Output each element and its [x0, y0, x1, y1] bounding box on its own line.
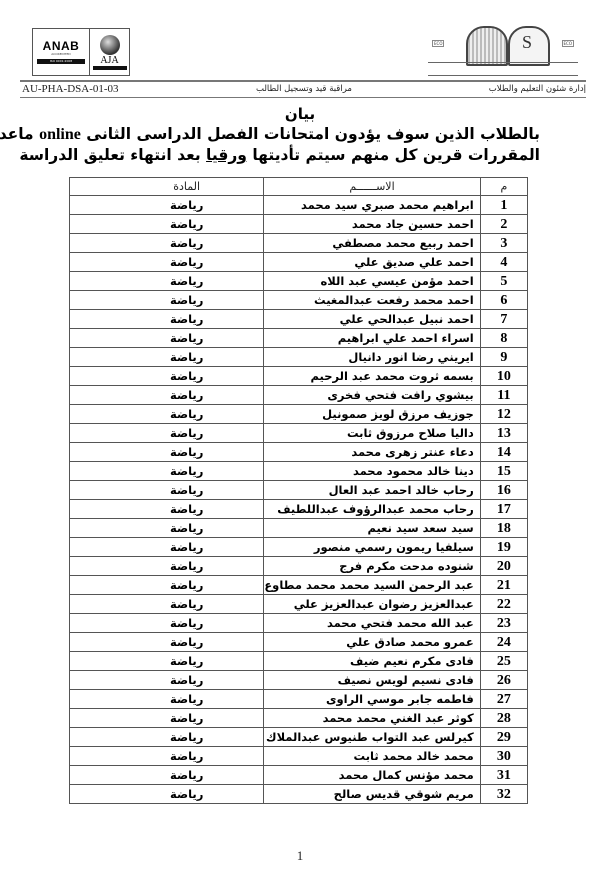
row-number: 10	[480, 367, 527, 386]
subject-name: رياضة	[70, 424, 264, 443]
student-name: كوثر عبد الغني محمد محمد	[264, 709, 480, 728]
subject-name: رياضة	[70, 253, 264, 272]
university-faculty-logo: ECO ECO	[428, 24, 578, 76]
title-heading: بيان	[60, 104, 540, 124]
table-row: 18سيد سعد سيد نعيمرياضة	[70, 519, 528, 538]
subject-name: رياضة	[70, 633, 264, 652]
table-row: 12جوزيف مرزق لويز صمونيلرياضة	[70, 405, 528, 424]
subject-name: رياضة	[70, 367, 264, 386]
row-number: 20	[480, 557, 527, 576]
table-row: 30محمد خالد محمد ثابترياضة	[70, 747, 528, 766]
student-name: عبد الله محمد فتحي محمد	[264, 614, 480, 633]
row-number: 27	[480, 690, 527, 709]
student-name: رحاب محمد عبدالرؤوف عبداللطيف	[264, 500, 480, 519]
student-name: ابراهيم محمد صبري سيد محمد	[264, 196, 480, 215]
student-name: بسمه ثروت محمد عبد الرحيم	[264, 367, 480, 386]
row-number: 24	[480, 633, 527, 652]
student-name: سيلفيا ريمون رسمي منصور	[264, 538, 480, 557]
student-name: داليا صلاح مرزوق ثابت	[264, 424, 480, 443]
table-row: 10بسمه ثروت محمد عبد الرحيمرياضة	[70, 367, 528, 386]
row-number: 28	[480, 709, 527, 728]
subject-name: رياضة	[70, 709, 264, 728]
row-number: 29	[480, 728, 527, 747]
table-row: 6احمد محمد رفعت عبدالمغيثرياضة	[70, 291, 528, 310]
row-number: 12	[480, 405, 527, 424]
subject-name: رياضة	[70, 500, 264, 519]
row-number: 22	[480, 595, 527, 614]
student-name: احمد ربيع محمد مصطفي	[264, 234, 480, 253]
student-name: عمرو محمد صادق علي	[264, 633, 480, 652]
title-online-word: online	[39, 126, 81, 143]
column-header-subject: المادة	[70, 178, 264, 196]
aja-logo-text: AJA	[100, 55, 118, 66]
subject-name: رياضة	[70, 728, 264, 747]
student-name: بيشوي رافت فتحي فخرى	[264, 386, 480, 405]
table-row: 8اسراء احمد علي ابراهيمرياضة	[70, 329, 528, 348]
table-row: 26فادى نسيم لويس نصيفرياضة	[70, 671, 528, 690]
document-title: بيان بالطلاب الذين سوف يؤدون امتحانات ال…	[60, 104, 540, 165]
row-number: 7	[480, 310, 527, 329]
subject-name: رياضة	[70, 766, 264, 785]
header-divider-bottom	[20, 97, 586, 98]
table-row: 29كيرلس عبد التواب طنيوس عبدالملاكرياضة	[70, 728, 528, 747]
student-roster-table: م الاســــــم المادة 1ابراهيم محمد صبري …	[69, 177, 528, 804]
subject-name: رياضة	[70, 291, 264, 310]
table-body: 1ابراهيم محمد صبري سيد محمدرياضة2احمد حس…	[70, 196, 528, 804]
table-row: 31محمد مؤنس كمال محمدرياضة	[70, 766, 528, 785]
document-code: AU-PHA-DSA-01-03	[22, 83, 119, 95]
subject-name: رياضة	[70, 481, 264, 500]
row-number: 13	[480, 424, 527, 443]
pharmacy-crest-icon	[508, 26, 550, 66]
row-number: 1	[480, 196, 527, 215]
row-number: 3	[480, 234, 527, 253]
row-number: 9	[480, 348, 527, 367]
title-line-2-prefix: المقررات قرين كل منهم سيتم تأديتها	[252, 146, 540, 164]
subject-name: رياضة	[70, 747, 264, 766]
row-number: 17	[480, 500, 527, 519]
row-number: 8	[480, 329, 527, 348]
aja-logo-bar	[93, 66, 127, 70]
globe-icon	[100, 35, 120, 55]
student-name: احمد نبيل عبدالحي علي	[264, 310, 480, 329]
subject-name: رياضة	[70, 519, 264, 538]
row-number: 30	[480, 747, 527, 766]
table-row: 22عبدالعزيز رضوان عبدالعزيز عليرياضة	[70, 595, 528, 614]
subject-name: رياضة	[70, 785, 264, 804]
subject-name: رياضة	[70, 652, 264, 671]
page-number: 1	[0, 848, 600, 864]
student-name: مريم شوقي قديس صالح	[264, 785, 480, 804]
table-row: 20شنوده مدحت مكرم فرجرياضة	[70, 557, 528, 576]
table-row: 24عمرو محمد صادق عليرياضة	[70, 633, 528, 652]
table-row: 19سيلفيا ريمون رسمي منصوررياضة	[70, 538, 528, 557]
table-row: 1ابراهيم محمد صبري سيد محمدرياضة	[70, 196, 528, 215]
title-underlined-word: ورقيا	[206, 146, 247, 164]
anab-logo-text: ANAB	[43, 40, 80, 52]
table-row: 17رحاب محمد عبدالرؤوف عبداللطيفرياضة	[70, 500, 528, 519]
subject-name: رياضة	[70, 348, 264, 367]
student-name: احمد حسين جاد محمد	[264, 215, 480, 234]
logo-ribbon	[428, 62, 578, 76]
student-name: رحاب خالد احمد عبد العال	[264, 481, 480, 500]
student-name: شنوده مدحت مكرم فرج	[264, 557, 480, 576]
subject-name: رياضة	[70, 405, 264, 424]
subject-name: رياضة	[70, 215, 264, 234]
row-number: 21	[480, 576, 527, 595]
student-name: جوزيف مرزق لويز صمونيل	[264, 405, 480, 424]
title-line-2: المقررات قرين كل منهم سيتم تأديتها ورقيا…	[60, 145, 540, 165]
section-name: مراقبة قيد وتسجيل الطالب	[256, 84, 352, 94]
table-header-row: م الاســــــم المادة	[70, 178, 528, 196]
title-line-1: بالطلاب الذين سوف يؤدون امتحانات الفصل ا…	[60, 124, 540, 145]
row-number: 25	[480, 652, 527, 671]
row-number: 23	[480, 614, 527, 633]
student-name: محمد مؤنس كمال محمد	[264, 766, 480, 785]
row-number: 11	[480, 386, 527, 405]
table-row: 9ايريني رضا انور دانيالرياضة	[70, 348, 528, 367]
table-row: 11بيشوي رافت فتحي فخرىرياضة	[70, 386, 528, 405]
subject-name: رياضة	[70, 462, 264, 481]
student-name: محمد خالد محمد ثابت	[264, 747, 480, 766]
table-row: 3احمد ربيع محمد مصطفيرياضة	[70, 234, 528, 253]
subject-name: رياضة	[70, 614, 264, 633]
subject-name: رياضة	[70, 196, 264, 215]
subject-name: رياضة	[70, 690, 264, 709]
row-number: 26	[480, 671, 527, 690]
student-name: ايريني رضا انور دانيال	[264, 348, 480, 367]
anab-logo-bar: ISO 9001:2008	[37, 59, 85, 64]
row-number: 4	[480, 253, 527, 272]
subject-name: رياضة	[70, 272, 264, 291]
anab-logo: ANAB ACCREDITED ISO 9001:2008	[33, 29, 90, 75]
student-name: اسراء احمد علي ابراهيم	[264, 329, 480, 348]
subject-name: رياضة	[70, 310, 264, 329]
table-row: 5احمد مؤمن عيسي عبد اللاهرياضة	[70, 272, 528, 291]
header-logos: ANAB ACCREDITED ISO 9001:2008 AJA ECO EC…	[0, 0, 600, 78]
student-name: فادى نسيم لويس نصيف	[264, 671, 480, 690]
student-name: فاطمه جابر موسي الراوى	[264, 690, 480, 709]
row-number: 6	[480, 291, 527, 310]
table-row: 7احمد نبيل عبدالحي عليرياضة	[70, 310, 528, 329]
row-number: 5	[480, 272, 527, 291]
column-header-number: م	[480, 178, 527, 196]
row-number: 2	[480, 215, 527, 234]
student-name: دينا خالد محمود محمد	[264, 462, 480, 481]
table-row: 27فاطمه جابر موسي الراوىرياضة	[70, 690, 528, 709]
subject-name: رياضة	[70, 576, 264, 595]
logo-ribbon-right: ECO	[562, 40, 574, 47]
row-number: 18	[480, 519, 527, 538]
student-name: احمد مؤمن عيسي عبد اللاه	[264, 272, 480, 291]
row-number: 15	[480, 462, 527, 481]
document-header-bar: AU-PHA-DSA-01-03 مراقبة قيد وتسجيل الطال…	[20, 82, 586, 97]
table-row: 13داليا صلاح مرزوق ثابترياضة	[70, 424, 528, 443]
student-name: احمد علي صديق علي	[264, 253, 480, 272]
subject-name: رياضة	[70, 329, 264, 348]
student-name: احمد محمد رفعت عبدالمغيث	[264, 291, 480, 310]
student-name: دعاء عنتر زهرى محمد	[264, 443, 480, 462]
title-line-1-suffix: ماعدا	[0, 125, 34, 143]
university-crest-icon	[466, 26, 508, 66]
row-number: 16	[480, 481, 527, 500]
anab-logo-caption: ACCREDITED	[51, 52, 70, 56]
row-number: 32	[480, 785, 527, 804]
student-name: كيرلس عبد التواب طنيوس عبدالملاك	[264, 728, 480, 747]
accreditation-logo: ANAB ACCREDITED ISO 9001:2008 AJA	[32, 28, 130, 76]
row-number: 31	[480, 766, 527, 785]
table-row: 25فادى مكرم نعيم ضيفرياضة	[70, 652, 528, 671]
aja-logo: AJA	[90, 29, 129, 75]
row-number: 19	[480, 538, 527, 557]
title-line-2-suffix: بعد انتهاء تعليق الدراسة	[19, 146, 200, 164]
table-row: 15دينا خالد محمود محمدرياضة	[70, 462, 528, 481]
subject-name: رياضة	[70, 557, 264, 576]
subject-name: رياضة	[70, 595, 264, 614]
student-name: عبدالعزيز رضوان عبدالعزيز علي	[264, 595, 480, 614]
student-name: عبد الرحمن السيد محمد محمد مطاوع	[264, 576, 480, 595]
table-row: 4احمد علي صديق عليرياضة	[70, 253, 528, 272]
student-name: فادى مكرم نعيم ضيف	[264, 652, 480, 671]
table-row: 16رحاب خالد احمد عبد العالرياضة	[70, 481, 528, 500]
subject-name: رياضة	[70, 538, 264, 557]
table-row: 21عبد الرحمن السيد محمد محمد مطاوعرياضة	[70, 576, 528, 595]
table-row: 23عبد الله محمد فتحي محمدرياضة	[70, 614, 528, 633]
table-row: 28كوثر عبد الغني محمد محمدرياضة	[70, 709, 528, 728]
subject-name: رياضة	[70, 671, 264, 690]
table-row: 2احمد حسين جاد محمدرياضة	[70, 215, 528, 234]
department-name: إدارة شئون التعليم والطلاب	[489, 84, 586, 94]
title-line-1-prefix: بالطلاب الذين سوف يؤدون امتحانات الفصل ا…	[86, 125, 540, 143]
student-name: سيد سعد سيد نعيم	[264, 519, 480, 538]
row-number: 14	[480, 443, 527, 462]
subject-name: رياضة	[70, 234, 264, 253]
table-row: 32مريم شوقي قديس صالحرياضة	[70, 785, 528, 804]
subject-name: رياضة	[70, 443, 264, 462]
logo-ribbon-left: ECO	[432, 40, 444, 47]
subject-name: رياضة	[70, 386, 264, 405]
column-header-name: الاســــــم	[264, 178, 480, 196]
table-row: 14دعاء عنتر زهرى محمدرياضة	[70, 443, 528, 462]
